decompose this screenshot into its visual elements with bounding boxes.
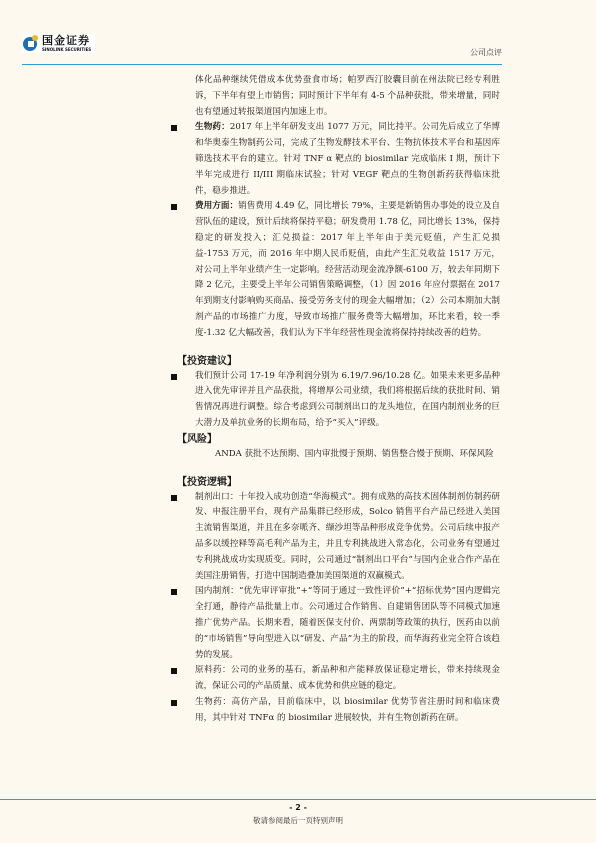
bullet-square-icon (171, 204, 177, 210)
section-heading-investment-advice: 【投资建议】 (72, 354, 500, 369)
bullet-text: 原料药：公司的业务的基石，新品种和产能释放保证稳定增长，带来持续现金流，保证公司… (195, 665, 500, 691)
bullet-square-icon (171, 589, 177, 595)
bullet-logic-api: 原料药：公司的业务的基石，新品种和产能释放保证稳定增长，带来持续现金流，保证公司… (72, 663, 500, 695)
bullet-text: 销售费用 4.49 亿，同比增长 79%，主要是新销售办事处的设立及自营队伍的建… (195, 201, 500, 337)
page-number: - 2 - (0, 803, 596, 812)
logo-cn-text: 国金证券 (42, 35, 91, 46)
continuation-paragraph: 体化品种继续凭借成本优势蚕食市场；帕罗西汀胶囊目前在州法院已经专利胜诉，下半年有… (72, 73, 500, 120)
page-header: 国金证券 SINOLINK SECURITIES 公司点评 (22, 34, 502, 64)
document-type: 公司点评 (470, 47, 502, 58)
logo-en-text: SINOLINK SECURITIES (42, 48, 91, 52)
bullet-square-icon (171, 495, 177, 501)
section-heading-investment-logic: 【投资逻辑】 (72, 475, 500, 490)
bullet-text: 2017 年上半年研发支出 1077 万元，同比持平。公司先后成立了华博和华奥泰… (195, 122, 500, 195)
bullet-text: 制剂出口：十年投入成功创造“华海模式”。拥有成熟的高技术固体制剂仿制药研发、申报… (195, 492, 500, 581)
header-divider (22, 64, 502, 65)
logo-mark-icon (23, 35, 39, 52)
bullet-square-icon (171, 374, 177, 380)
bullet-label: 费用方面： (195, 201, 238, 211)
footer-disclaimer: 敬请参阅最后一页特别声明 (0, 815, 596, 826)
report-body: 体化品种继续凭借成本优势蚕食市场；帕罗西汀胶囊目前在州法院已经专利胜诉，下半年有… (72, 73, 500, 726)
section-heading-risk: 【风险】 (72, 432, 500, 447)
bullet-logic-biologics: 生物药：高仿产品，目前临床中，以 biosimilar 优势节省注册时间和临床费… (72, 695, 500, 727)
bullet-logic-export: 制剂出口：十年投入成功创造“华海模式”。拥有成熟的高技术固体制剂仿制药研发、申报… (72, 490, 500, 585)
bullet-square-icon (171, 700, 177, 706)
bullet-label: 生物药： (195, 122, 230, 132)
bullet-investment-advice: 我们预计公司 17-19 年净利润分别为 6.19/7.96/10.28 亿。如… (72, 369, 500, 432)
bullet-biologics: 生物药：2017 年上半年研发支出 1077 万元，同比持平。公司先后成立了华博… (72, 120, 500, 199)
bullet-text: 我们预计公司 17-19 年净利润分别为 6.19/7.96/10.28 亿。如… (195, 371, 500, 428)
bullet-text: 生物药：高仿产品，目前临床中，以 biosimilar 优势节省注册时间和临床费… (195, 697, 500, 723)
bullet-expenses: 费用方面：销售费用 4.49 亿，同比增长 79%，主要是新销售办事处的设立及自… (72, 199, 500, 341)
sinolink-logo: 国金证券 SINOLINK SECURITIES (22, 34, 95, 53)
bullet-square-icon (171, 668, 177, 674)
footer-divider (0, 799, 596, 800)
bullet-square-icon (171, 125, 177, 131)
bullet-logic-domestic: 国内制剂：“优先审评审批”+“等同于通过一致性评价”+“招标优势”国内逻辑完全打… (72, 584, 500, 663)
bullet-text: 国内制剂：“优先审评审批”+“等同于通过一致性评价”+“招标优势”国内逻辑完全打… (195, 586, 500, 659)
risk-text: ANDA 获批不达预期、国内审批慢于预期、销售整合慢于预期、环保风险 (72, 447, 500, 463)
